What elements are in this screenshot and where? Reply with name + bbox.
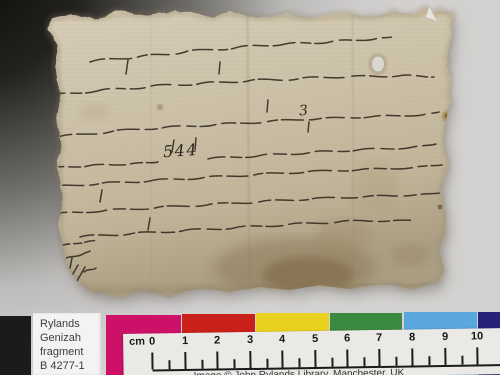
- ruler-tick: [476, 347, 478, 364]
- ruler-half-tick: [233, 359, 235, 368]
- ruler-tick: [216, 352, 218, 369]
- ruler-mark-5: 5: [312, 333, 318, 345]
- label-line-4: B 4277-1: [40, 359, 101, 373]
- ruler-tick: [151, 353, 153, 370]
- label-line-1: Rylands: [40, 317, 101, 331]
- ruler-tick: [281, 350, 283, 367]
- ruler-mark-9: 9: [442, 331, 448, 343]
- photo-stage: 544 3 Rylands Genizah fragment B 4277-1 …: [0, 0, 500, 375]
- cm-ruler: cm 0 1 2 3 4 5 6 7 8 9 10 Image © John: [123, 328, 500, 375]
- ruler-half-tick: [168, 360, 170, 369]
- ruler-mark-4: 4: [279, 333, 285, 345]
- ruler-half-tick: [428, 356, 430, 365]
- identification-label: Rylands Genizah fragment B 4277-1: [33, 313, 101, 375]
- ruler-mark-1: 1: [182, 335, 188, 347]
- ruler-tick: [378, 349, 380, 366]
- ruler-half-tick: [461, 356, 463, 365]
- ruler-tick: [346, 349, 348, 366]
- ruler-mark-3: 3: [247, 334, 253, 346]
- ruler-tick: [444, 348, 446, 365]
- ruler-half-tick: [331, 358, 333, 367]
- ruler-half-tick: [395, 357, 397, 366]
- ruler-tick: [411, 348, 413, 365]
- ruler-mark-10: 10: [471, 330, 483, 342]
- label-line-2: Genizah: [40, 331, 101, 345]
- ruler-half-tick: [363, 357, 365, 366]
- label-line-3: fragment: [40, 345, 101, 359]
- ruler-unit-label: cm: [129, 336, 145, 348]
- ruler-mark-0: 0: [149, 335, 155, 347]
- ruler-mark-8: 8: [409, 331, 415, 343]
- ruler-mark-6: 6: [344, 332, 350, 344]
- ruler-mark-7: 7: [376, 332, 382, 344]
- ruler-tick: [184, 352, 186, 369]
- ruler-half-tick: [201, 360, 203, 369]
- ruler-half-tick: [266, 359, 268, 368]
- ruler-half-tick: [298, 358, 300, 367]
- ruler-tick: [249, 351, 251, 368]
- ruler-tick: [314, 350, 316, 367]
- color-patch-black: [0, 316, 31, 375]
- ruler-mark-2: 2: [214, 334, 220, 346]
